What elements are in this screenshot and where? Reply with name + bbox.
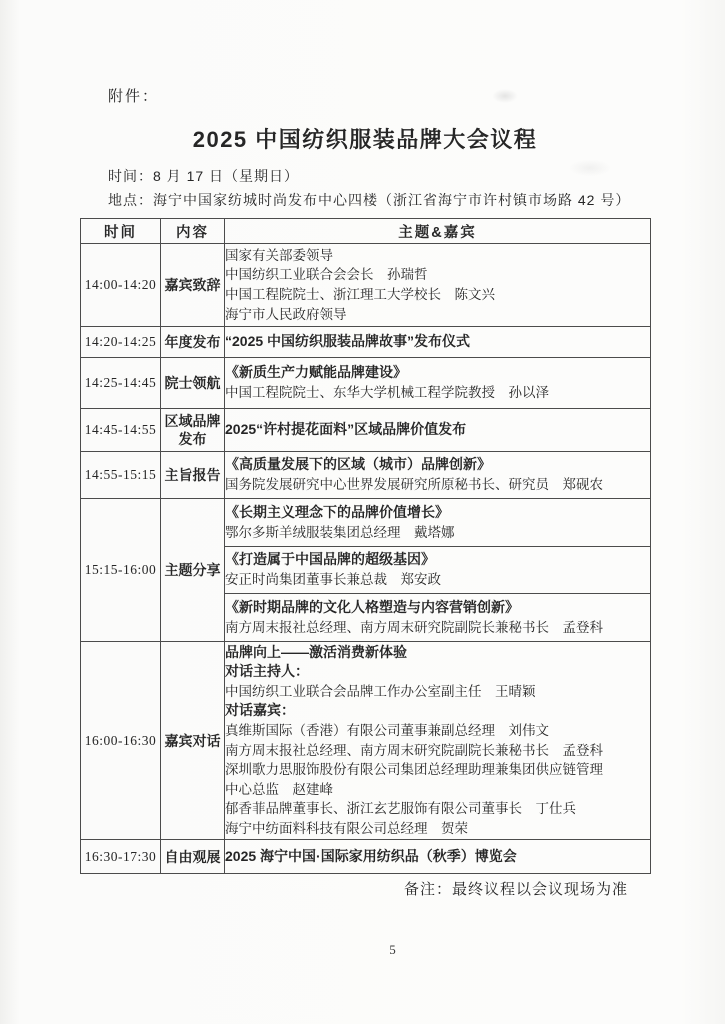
time-cell: 14:20-14:25 bbox=[81, 327, 161, 358]
topic-line: 《新质生产力赋能品牌建设》 bbox=[225, 363, 650, 383]
time-cell: 14:55-15:15 bbox=[81, 452, 161, 499]
time-cell: 14:00-14:20 bbox=[81, 244, 161, 327]
guest-line: 海宁市人民政府领导 bbox=[225, 305, 650, 325]
topic-line: 《打造属于中国品牌的超级基因》 bbox=[225, 550, 650, 570]
speaker-line: 南方周末报社总经理、南方周末研究院副院长兼秘书长 孟登科 bbox=[225, 618, 650, 638]
time-cell: 14:25-14:45 bbox=[81, 358, 161, 409]
table-row: 14:20-14:25 年度发布 “2025 中国纺织服装品牌故事”发布仪式 bbox=[81, 327, 651, 358]
attachment-label: 附件： bbox=[108, 85, 159, 106]
table-row: 14:55-15:15 主旨报告 《高质量发展下的区域（城市）品牌创新》 国务院… bbox=[81, 452, 651, 499]
speaker-line: 南方周末报社总经理、南方周末研究院副院长兼秘书长 孟登科 bbox=[225, 741, 650, 761]
footer-note: 备注：最终议程以会议现场为准 bbox=[80, 878, 650, 899]
content-cell: 《新时期品牌的文化人格塑造与内容营销创新》 南方周末报社总经理、南方周末研究院副… bbox=[225, 594, 651, 642]
content-cell: 《打造属于中国品牌的超级基因》 安正时尚集团董事长兼总裁 郑安政 bbox=[225, 547, 651, 594]
speaker-line: 郁香菲品牌董事长、浙江玄艺服饰有限公司董事长 丁仕兵 bbox=[225, 799, 650, 819]
guest-line: 中国工程院院士、浙江理工大学校长 陈文兴 bbox=[225, 285, 650, 305]
content-cell: 《长期主义理念下的品牌价值增长》 鄂尔多斯羊绒服装集团总经理 戴塔娜 bbox=[225, 499, 651, 547]
table-row: 14:45-14:55 区域品牌发布 2025“许村提花面料”区域品牌价值发布 bbox=[81, 409, 651, 452]
column-header-content: 内容 bbox=[161, 219, 225, 244]
category-cell: 嘉宾致辞 bbox=[161, 244, 225, 327]
scanned-page: 附件： 2025 中国纺织服装品牌大会议程 时间：8 月 17 日（星期日） 地… bbox=[0, 0, 725, 1024]
speaker-line: 真维斯国际（香港）有限公司董事兼副总经理 刘伟文 bbox=[225, 721, 650, 741]
content-cell: 2025“许村提花面料”区域品牌价值发布 bbox=[225, 409, 651, 452]
page-number: 5 bbox=[30, 942, 725, 958]
guest-line: 中国纺织工业联合会会长 孙瑞哲 bbox=[225, 265, 650, 285]
agenda-table: 时间 内容 主题&嘉宾 14:00-14:20 嘉宾致辞 国家有关部委领导 中国… bbox=[80, 218, 651, 874]
category-cell: 主旨报告 bbox=[161, 452, 225, 499]
page-title: 2025 中国纺织服装品牌大会议程 bbox=[80, 123, 650, 154]
time-cell: 15:15-16:00 bbox=[81, 499, 161, 642]
table-header-row: 时间 内容 主题&嘉宾 bbox=[81, 219, 651, 244]
speaker-line: 海宁中纺面料科技有限公司总经理 贺荣 bbox=[225, 819, 650, 839]
topic-line: “2025 中国纺织服装品牌故事”发布仪式 bbox=[225, 332, 650, 352]
topic-line: 2025“许村提花面料”区域品牌价值发布 bbox=[225, 420, 650, 440]
time-cell: 14:45-14:55 bbox=[81, 409, 161, 452]
table-row: 14:00-14:20 嘉宾致辞 国家有关部委领导 中国纺织工业联合会会长 孙瑞… bbox=[81, 244, 651, 327]
category-cell: 区域品牌发布 bbox=[161, 409, 225, 452]
category-cell: 自由观展 bbox=[161, 840, 225, 874]
dialog-host-label: 对话主持人： bbox=[225, 662, 650, 682]
date-line: 时间：8 月 17 日（星期日） bbox=[108, 166, 299, 186]
category-cell: 年度发布 bbox=[161, 327, 225, 358]
category-cell: 院士领航 bbox=[161, 358, 225, 409]
topic-line: 《新时期品牌的文化人格塑造与内容营销创新》 bbox=[225, 598, 650, 618]
speaker-line: 鄂尔多斯羊绒服装集团总经理 戴塔娜 bbox=[225, 523, 650, 543]
content-cell: 《高质量发展下的区域（城市）品牌创新》 国务院发展研究中心世界发展研究所原秘书长… bbox=[225, 452, 651, 499]
speaker-line: 国务院发展研究中心世界发展研究所原秘书长、研究员 郑砚农 bbox=[225, 475, 650, 495]
content-cell: 《新质生产力赋能品牌建设》 中国工程院院士、东华大学机械工程学院教授 孙以泽 bbox=[225, 358, 651, 409]
guest-line: 国家有关部委领导 bbox=[225, 246, 650, 266]
speaker-line: 中心总监 赵建峰 bbox=[225, 780, 650, 800]
dialog-guests-label: 对话嘉宾： bbox=[225, 701, 650, 721]
speaker-line: 安正时尚集团董事长兼总裁 郑安政 bbox=[225, 570, 650, 590]
column-header-topic-guests: 主题&嘉宾 bbox=[225, 219, 651, 244]
topic-line: 《长期主义理念下的品牌价值增长》 bbox=[225, 503, 650, 523]
time-cell: 16:00-16:30 bbox=[81, 642, 161, 840]
content-cell: “2025 中国纺织服装品牌故事”发布仪式 bbox=[225, 327, 651, 358]
speaker-line: 深圳歌力思服饰股份有限公司集团总经理助理兼集团供应链管理 bbox=[225, 760, 650, 780]
topic-line: 品牌向上——激活消费新体验 bbox=[225, 643, 650, 663]
time-cell: 16:30-17:30 bbox=[81, 840, 161, 874]
column-header-time: 时间 bbox=[81, 219, 161, 244]
topic-line: 《高质量发展下的区域（城市）品牌创新》 bbox=[225, 455, 650, 475]
speaker-line: 中国工程院院士、东华大学机械工程学院教授 孙以泽 bbox=[225, 383, 650, 403]
venue-line: 地点：海宁中国家纺城时尚发布中心四楼（浙江省海宁市许村镇市场路 42 号） bbox=[108, 190, 630, 210]
speaker-line: 中国纺织工业联合会品牌工作办公室副主任 王晴颖 bbox=[225, 682, 650, 702]
content-cell: 2025 海宁中国·国际家用纺织品（秋季）博览会 bbox=[225, 840, 651, 874]
content-cell: 国家有关部委领导 中国纺织工业联合会会长 孙瑞哲 中国工程院院士、浙江理工大学校… bbox=[225, 244, 651, 327]
table-row: 14:25-14:45 院士领航 《新质生产力赋能品牌建设》 中国工程院院士、东… bbox=[81, 358, 651, 409]
category-cell: 主题分享 bbox=[161, 499, 225, 642]
table-row: 16:00-16:30 嘉宾对话 品牌向上——激活消费新体验 对话主持人： 中国… bbox=[81, 642, 651, 840]
table-row: 16:30-17:30 自由观展 2025 海宁中国·国际家用纺织品（秋季）博览… bbox=[81, 840, 651, 874]
topic-line: 2025 海宁中国·国际家用纺织品（秋季）博览会 bbox=[225, 847, 650, 867]
content-cell: 品牌向上——激活消费新体验 对话主持人： 中国纺织工业联合会品牌工作办公室副主任… bbox=[225, 642, 651, 840]
table-row: 15:15-16:00 主题分享 《长期主义理念下的品牌价值增长》 鄂尔多斯羊绒… bbox=[81, 499, 651, 547]
category-cell: 嘉宾对话 bbox=[161, 642, 225, 840]
